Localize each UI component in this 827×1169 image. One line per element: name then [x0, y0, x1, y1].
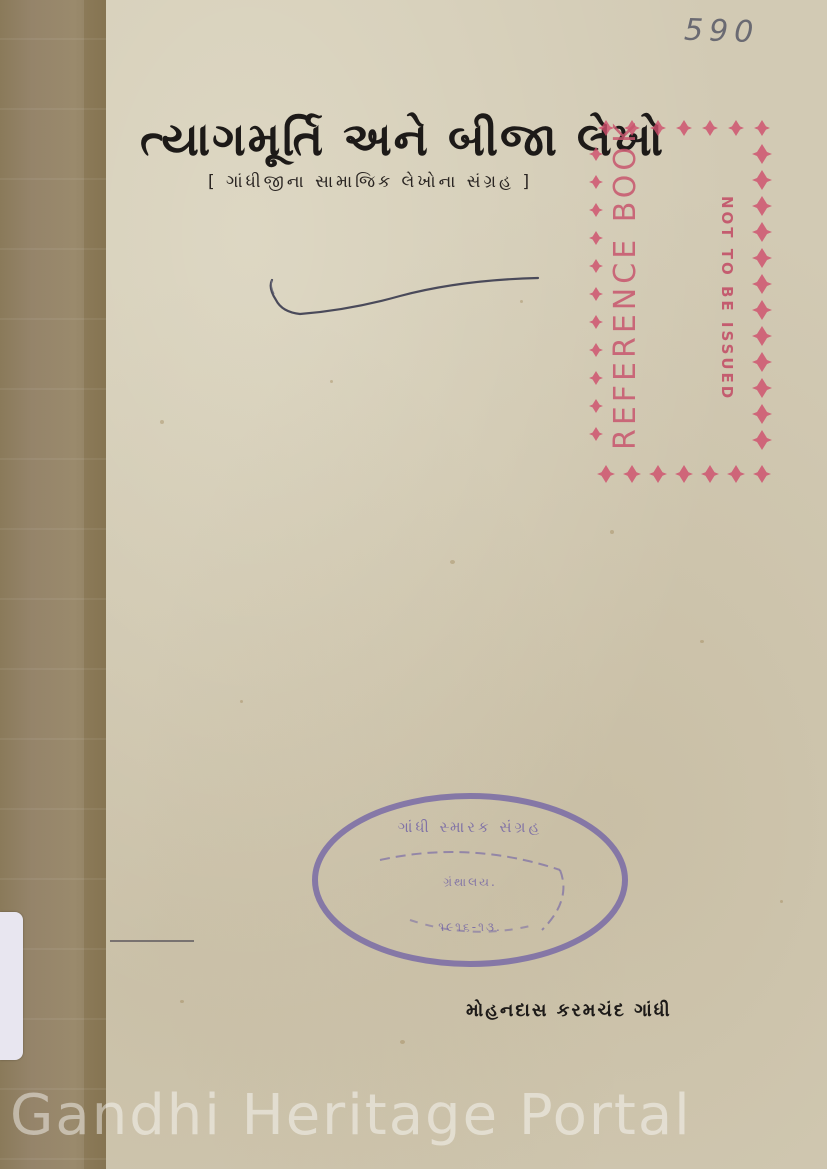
- handwritten-accession-number: 590: [683, 13, 759, 51]
- portal-watermark: Gandhi Heritage Portal: [10, 1083, 820, 1148]
- library-stamp-line-1: ગાંધી સ્મારક સંગ્રહ: [310, 818, 630, 836]
- library-stamp-line-3: ૧૯૧૬-૧૩.: [310, 920, 630, 935]
- book-author: મોહનદાસ કરમચંદ ગાંધી: [466, 1000, 672, 1021]
- pencil-ruled-line: [110, 940, 194, 942]
- library-label-sticker: [0, 912, 23, 1060]
- reference-stamp-text: REFERENCE BOOK: [608, 119, 643, 450]
- library-stamp-line-2: ગ્રંથાલય.: [310, 875, 630, 890]
- pencil-mark: [260, 260, 560, 330]
- book-title: ત્યાગમૂર્તિ અને બીજા લેખો: [140, 112, 620, 168]
- library-oval-stamp: ગાંધી સ્મારક સંગ્રહ ગ્રંથાલય. ૧૯૧૬-૧૩.: [310, 790, 630, 970]
- book-subtitle: [ ગાંધીજીના સામાજિક લેખોના સંગ્રહ ]: [208, 172, 532, 192]
- not-to-be-issued-text: NOT TO BE ISSUED: [718, 196, 736, 401]
